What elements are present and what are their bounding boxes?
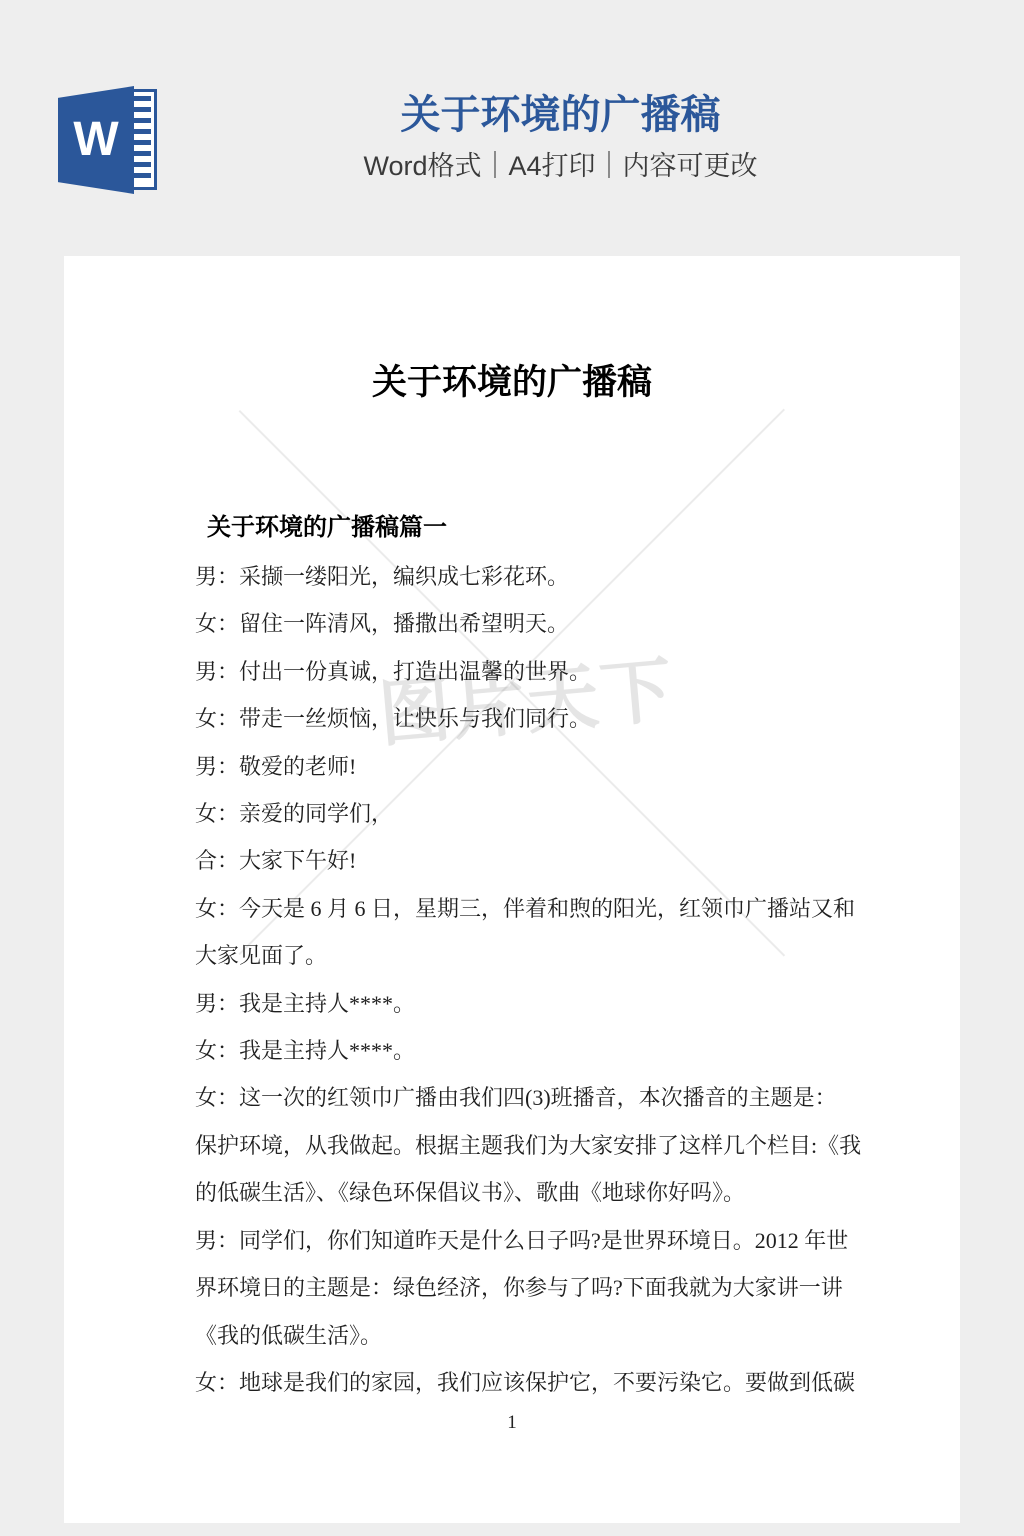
template-subtitle: Word格式｜A4打印｜内容可更改 [155, 150, 966, 182]
template-title: 关于环境的广播稿 [155, 92, 966, 138]
doc-line: 男：采撷一缕阳光，编织成七彩花环。 [195, 553, 859, 600]
document-page: 图片天下 关于环境的广播稿 关于环境的广播稿篇一 男：采撷一缕阳光，编织成七彩花… [64, 256, 960, 1523]
document-title: 关于环境的广播稿 [64, 363, 960, 403]
doc-line: 女：带走一丝烦恼，让快乐与我们同行。 [195, 695, 859, 742]
doc-line: 女：我是主持人****。 [195, 1027, 859, 1074]
doc-line: 女：亲爱的同学们， [195, 790, 859, 837]
doc-line: 男：同学们，你们知道昨天是什么日子吗?是世界环境日。2012 年世 [195, 1217, 859, 1264]
doc-line: 男：敬爱的老师! [195, 743, 859, 790]
doc-line: 女：今天是 6 月 6 日，星期三，伴着和煦的阳光，红领巾广播站又和 [195, 885, 859, 932]
page-header: W 关于环境的广播稿 Word格式｜A4打印｜内容可更改 [0, 0, 1024, 256]
doc-line: 《我的低碳生活》。 [195, 1312, 859, 1359]
doc-line: 女：这一次的红领巾广播由我们四(3)班播音，本次播音的主题是： [195, 1074, 859, 1121]
doc-line: 合：大家下午好! [195, 837, 859, 884]
doc-line: 女：地球是我们的家园，我们应该保护它，不要污染它。要做到低碳 [195, 1359, 859, 1406]
word-icon: W [58, 86, 157, 194]
doc-line: 的低碳生活》、《绿色环保倡议书》、歌曲《地球你好吗》。 [195, 1169, 859, 1216]
page-number: 1 [64, 1411, 960, 1435]
section-heading: 关于环境的广播稿篇一 [207, 514, 447, 542]
doc-line: 大家见面了。 [195, 932, 859, 979]
doc-line: 保护环境，从我做起。根据主题我们为大家安排了这样几个栏目:《我 [195, 1122, 859, 1169]
header-text: 关于环境的广播稿 Word格式｜A4打印｜内容可更改 [155, 92, 966, 182]
word-icon-panel: W [58, 86, 134, 194]
word-icon-letter: W [73, 116, 118, 164]
doc-line: 界环境日的主题是：绿色经济，你参与了吗?下面我就为大家讲一讲 [195, 1264, 859, 1311]
doc-line: 男：我是主持人****。 [195, 980, 859, 1027]
doc-line: 男：付出一份真诚，打造出温馨的世界。 [195, 648, 859, 695]
document-body: 男：采撷一缕阳光，编织成七彩花环。 女：留住一阵清风，播撒出希望明天。 男：付出… [195, 553, 859, 1406]
doc-line: 女：留住一阵清风，播撒出希望明天。 [195, 600, 859, 647]
